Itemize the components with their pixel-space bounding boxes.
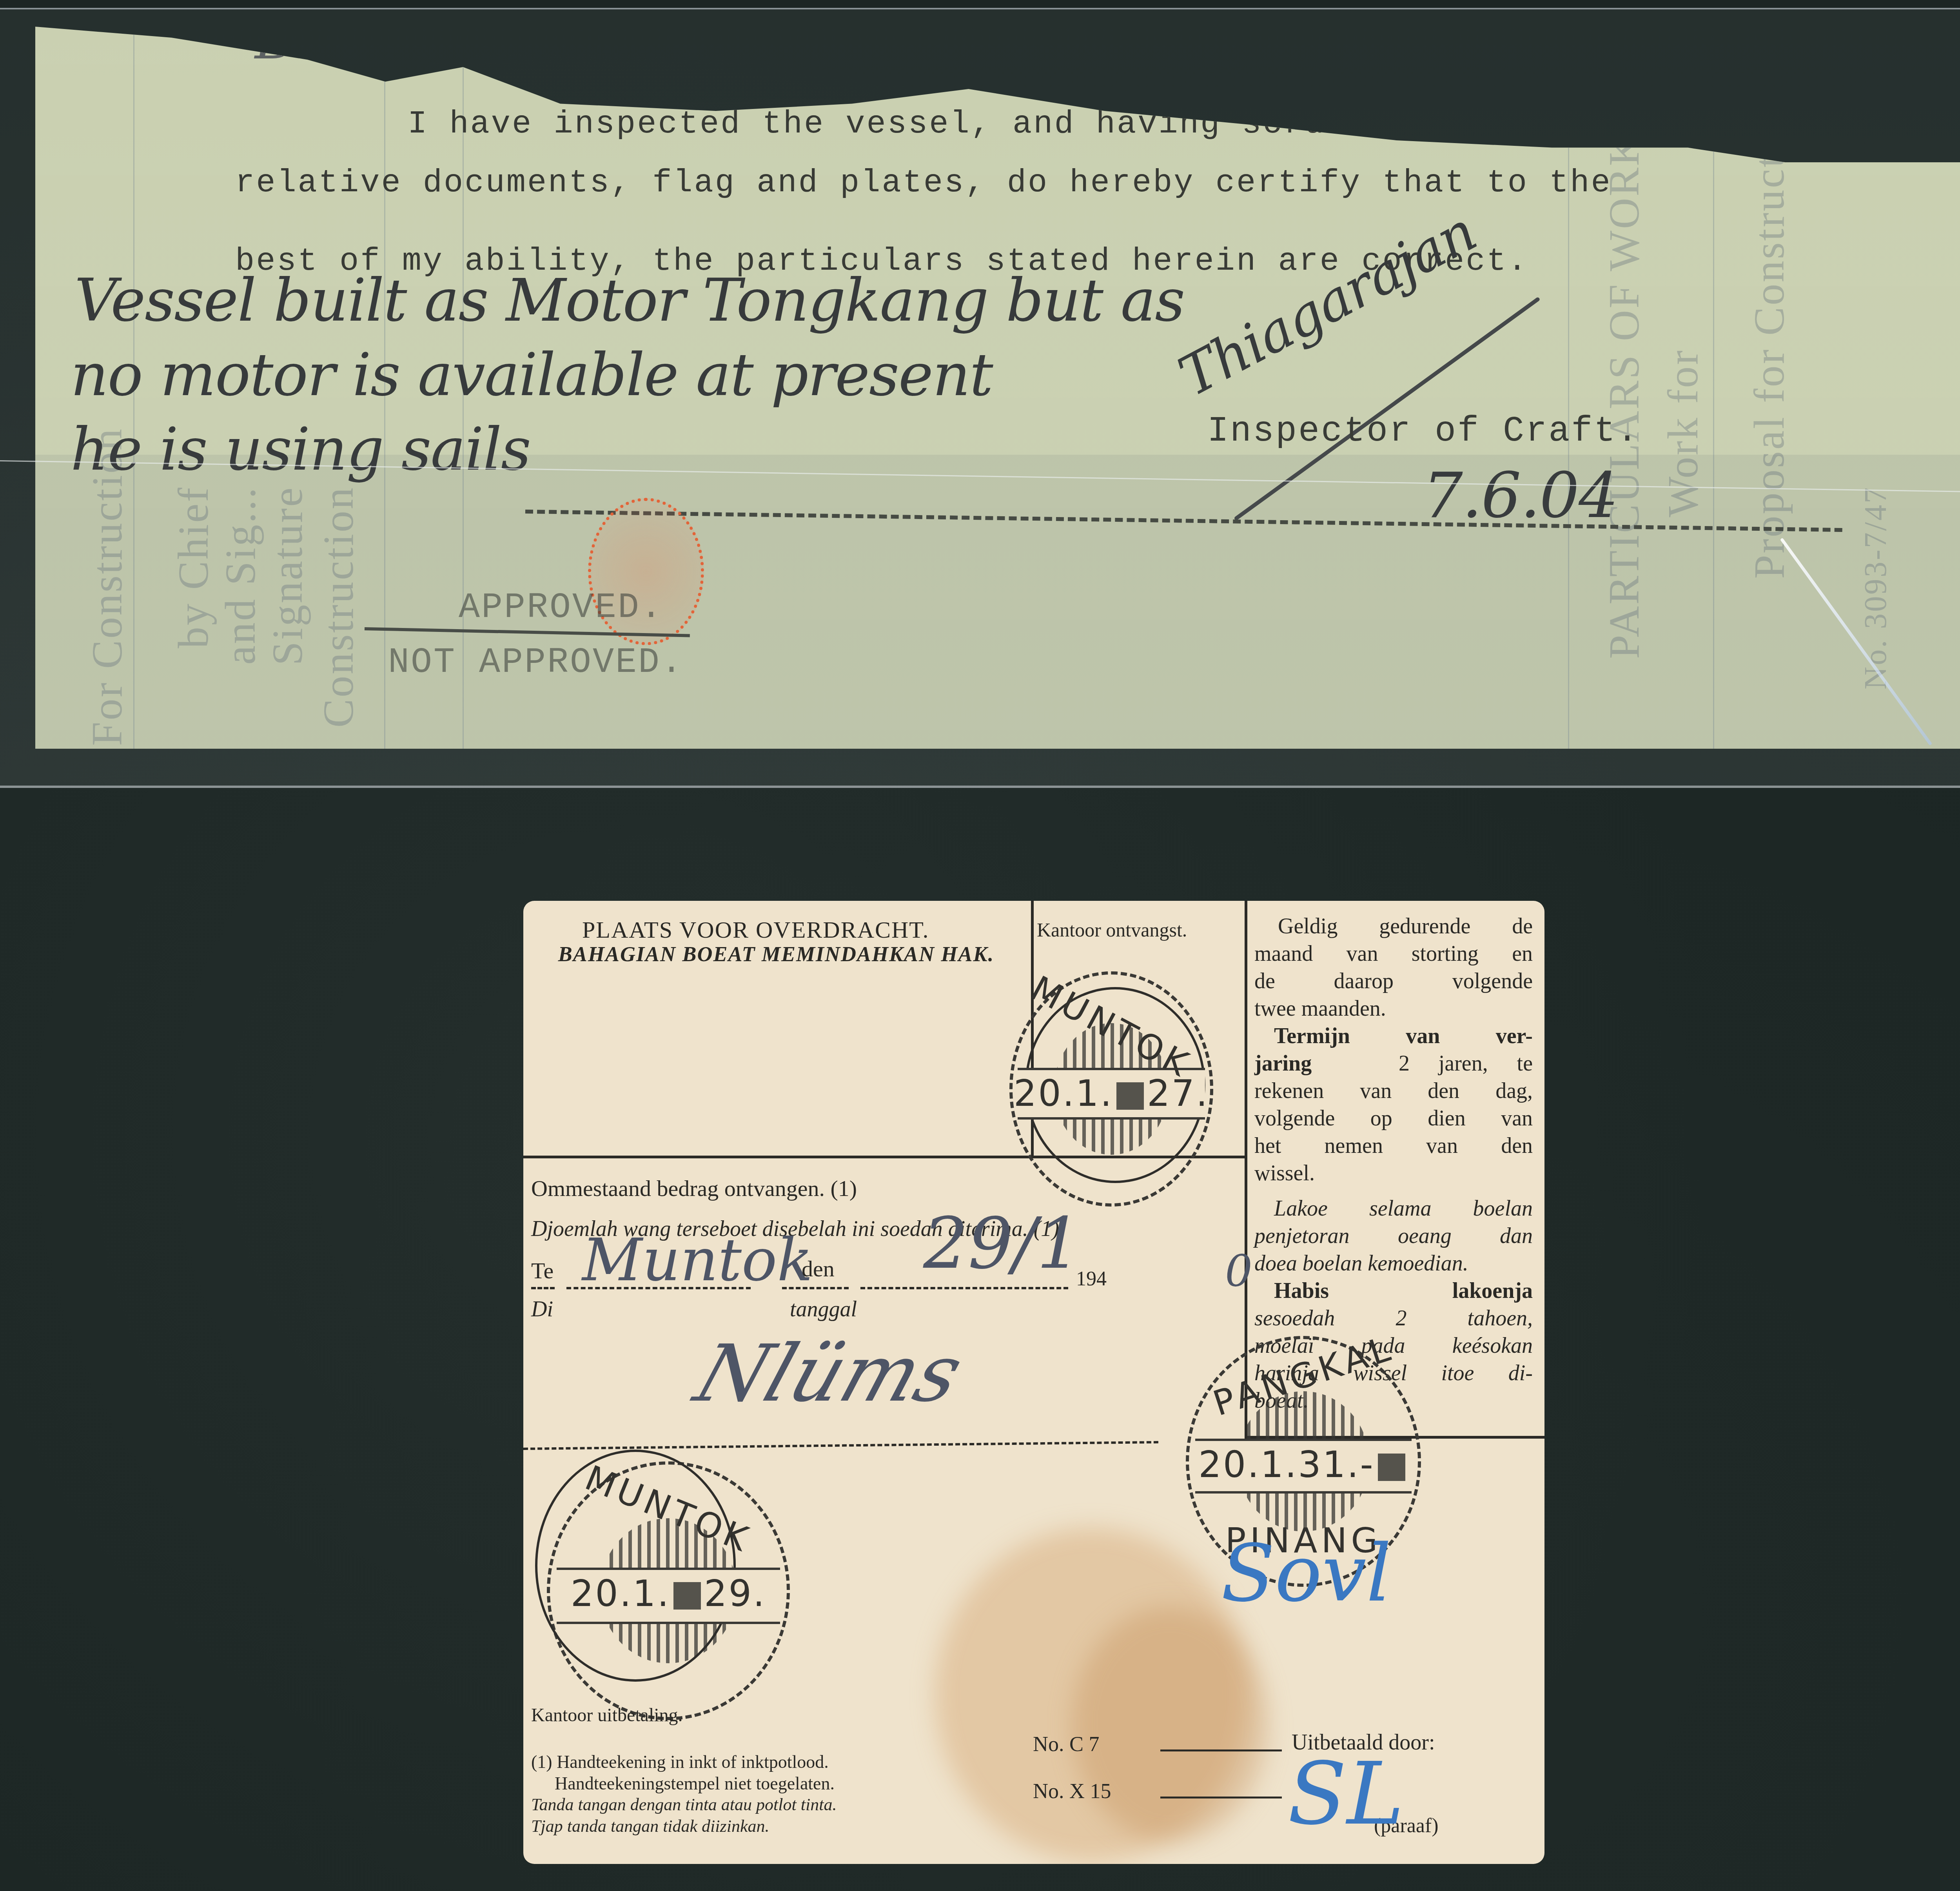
notice-line: rekenen van den dag, <box>1254 1077 1533 1105</box>
footnote-line: (1) Handteekening in inkt of inktpotlood… <box>531 1751 829 1772</box>
date-field-line <box>860 1287 1068 1289</box>
notice-italic: Lakoe selama boelan <box>1254 1195 1533 1222</box>
notice-line: de daarop volgende <box>1254 967 1533 995</box>
place-handwritten: Muntok <box>582 1226 813 1294</box>
notice-line: wissel. <box>1254 1160 1533 1187</box>
no-x-label: No. X 15 <box>1033 1779 1111 1803</box>
header-subtitle: BAHAGIAN BOEAT MEMINDAHKAN HAK. <box>523 942 1029 966</box>
sleeve-fold <box>0 460 1960 494</box>
date-handwritten: 29/1 <box>923 1203 1082 1285</box>
sleeve-glare <box>1780 538 1933 746</box>
money-order-receipt-card: PLAATS VOOR OVERDRACHT. BAHAGIAN BOEAT M… <box>523 901 1544 1864</box>
notice-line: 2 jaren, te <box>1399 1051 1533 1076</box>
payee-signature: Nlüms <box>685 1328 973 1419</box>
date-label-nl: den <box>802 1256 835 1282</box>
payment-office-label: Kantoor uitbetaling. <box>531 1704 683 1726</box>
notice-line: het nemen van den <box>1254 1132 1533 1160</box>
blue-pencil-initials: Sovl <box>1221 1528 1391 1619</box>
foxing-stain <box>1072 1606 1268 1842</box>
notice-italic: penjetoran oeang dan <box>1254 1222 1533 1250</box>
date-label-my: tanggal <box>790 1297 857 1322</box>
notice-italic: doea boelan kemoedian. <box>1254 1250 1533 1277</box>
header-title: PLAATS VOOR OVERDRACHT. <box>582 916 929 944</box>
postmark-muntok-paying: MUNTOK 20.1.29. <box>547 1461 790 1720</box>
blue-pencil-paraaf: SL <box>1288 1744 1404 1844</box>
notice-line: volgende op dien van <box>1254 1105 1533 1132</box>
postmark-muntok-receiving: MUNTOK 20.1.27. <box>1009 971 1213 1207</box>
no-c-field-line <box>1160 1749 1282 1751</box>
notice-line: maand van storting en <box>1254 940 1533 967</box>
place-label-nl: Te <box>531 1258 554 1284</box>
notice-line: twee maanden. <box>1254 995 1533 1022</box>
notice-bold: Termijn van ver- <box>1254 1022 1533 1050</box>
footnote-line: Tjap tanda tangan tidak diizinkan. <box>531 1816 769 1836</box>
no-c-label: No. C 7 <box>1033 1732 1100 1756</box>
received-label-nl: Ommestaand bedrag ontvangen. (1) <box>531 1175 857 1201</box>
no-x-field-line <box>1160 1797 1282 1798</box>
receiving-office-label: Kantoor ontvangst. <box>1037 918 1187 941</box>
footnote-line: Handteekeningstempel niet toegelaten. <box>555 1773 835 1794</box>
notice-line: Geldig gedurende de <box>1254 913 1533 940</box>
notice-bold: Habis lakoenja <box>1254 1277 1533 1305</box>
year-prefix: 194 <box>1076 1267 1107 1290</box>
year-handwritten: 0 <box>1225 1246 1252 1296</box>
footnote-line: Tanda tangan dengan tinta atau potlot ti… <box>531 1795 837 1815</box>
signature-line <box>523 1441 1158 1450</box>
notice-bold: jaring <box>1254 1051 1312 1076</box>
place-label-my: Di <box>531 1297 553 1322</box>
plastic-sleeve <box>0 8 1960 788</box>
